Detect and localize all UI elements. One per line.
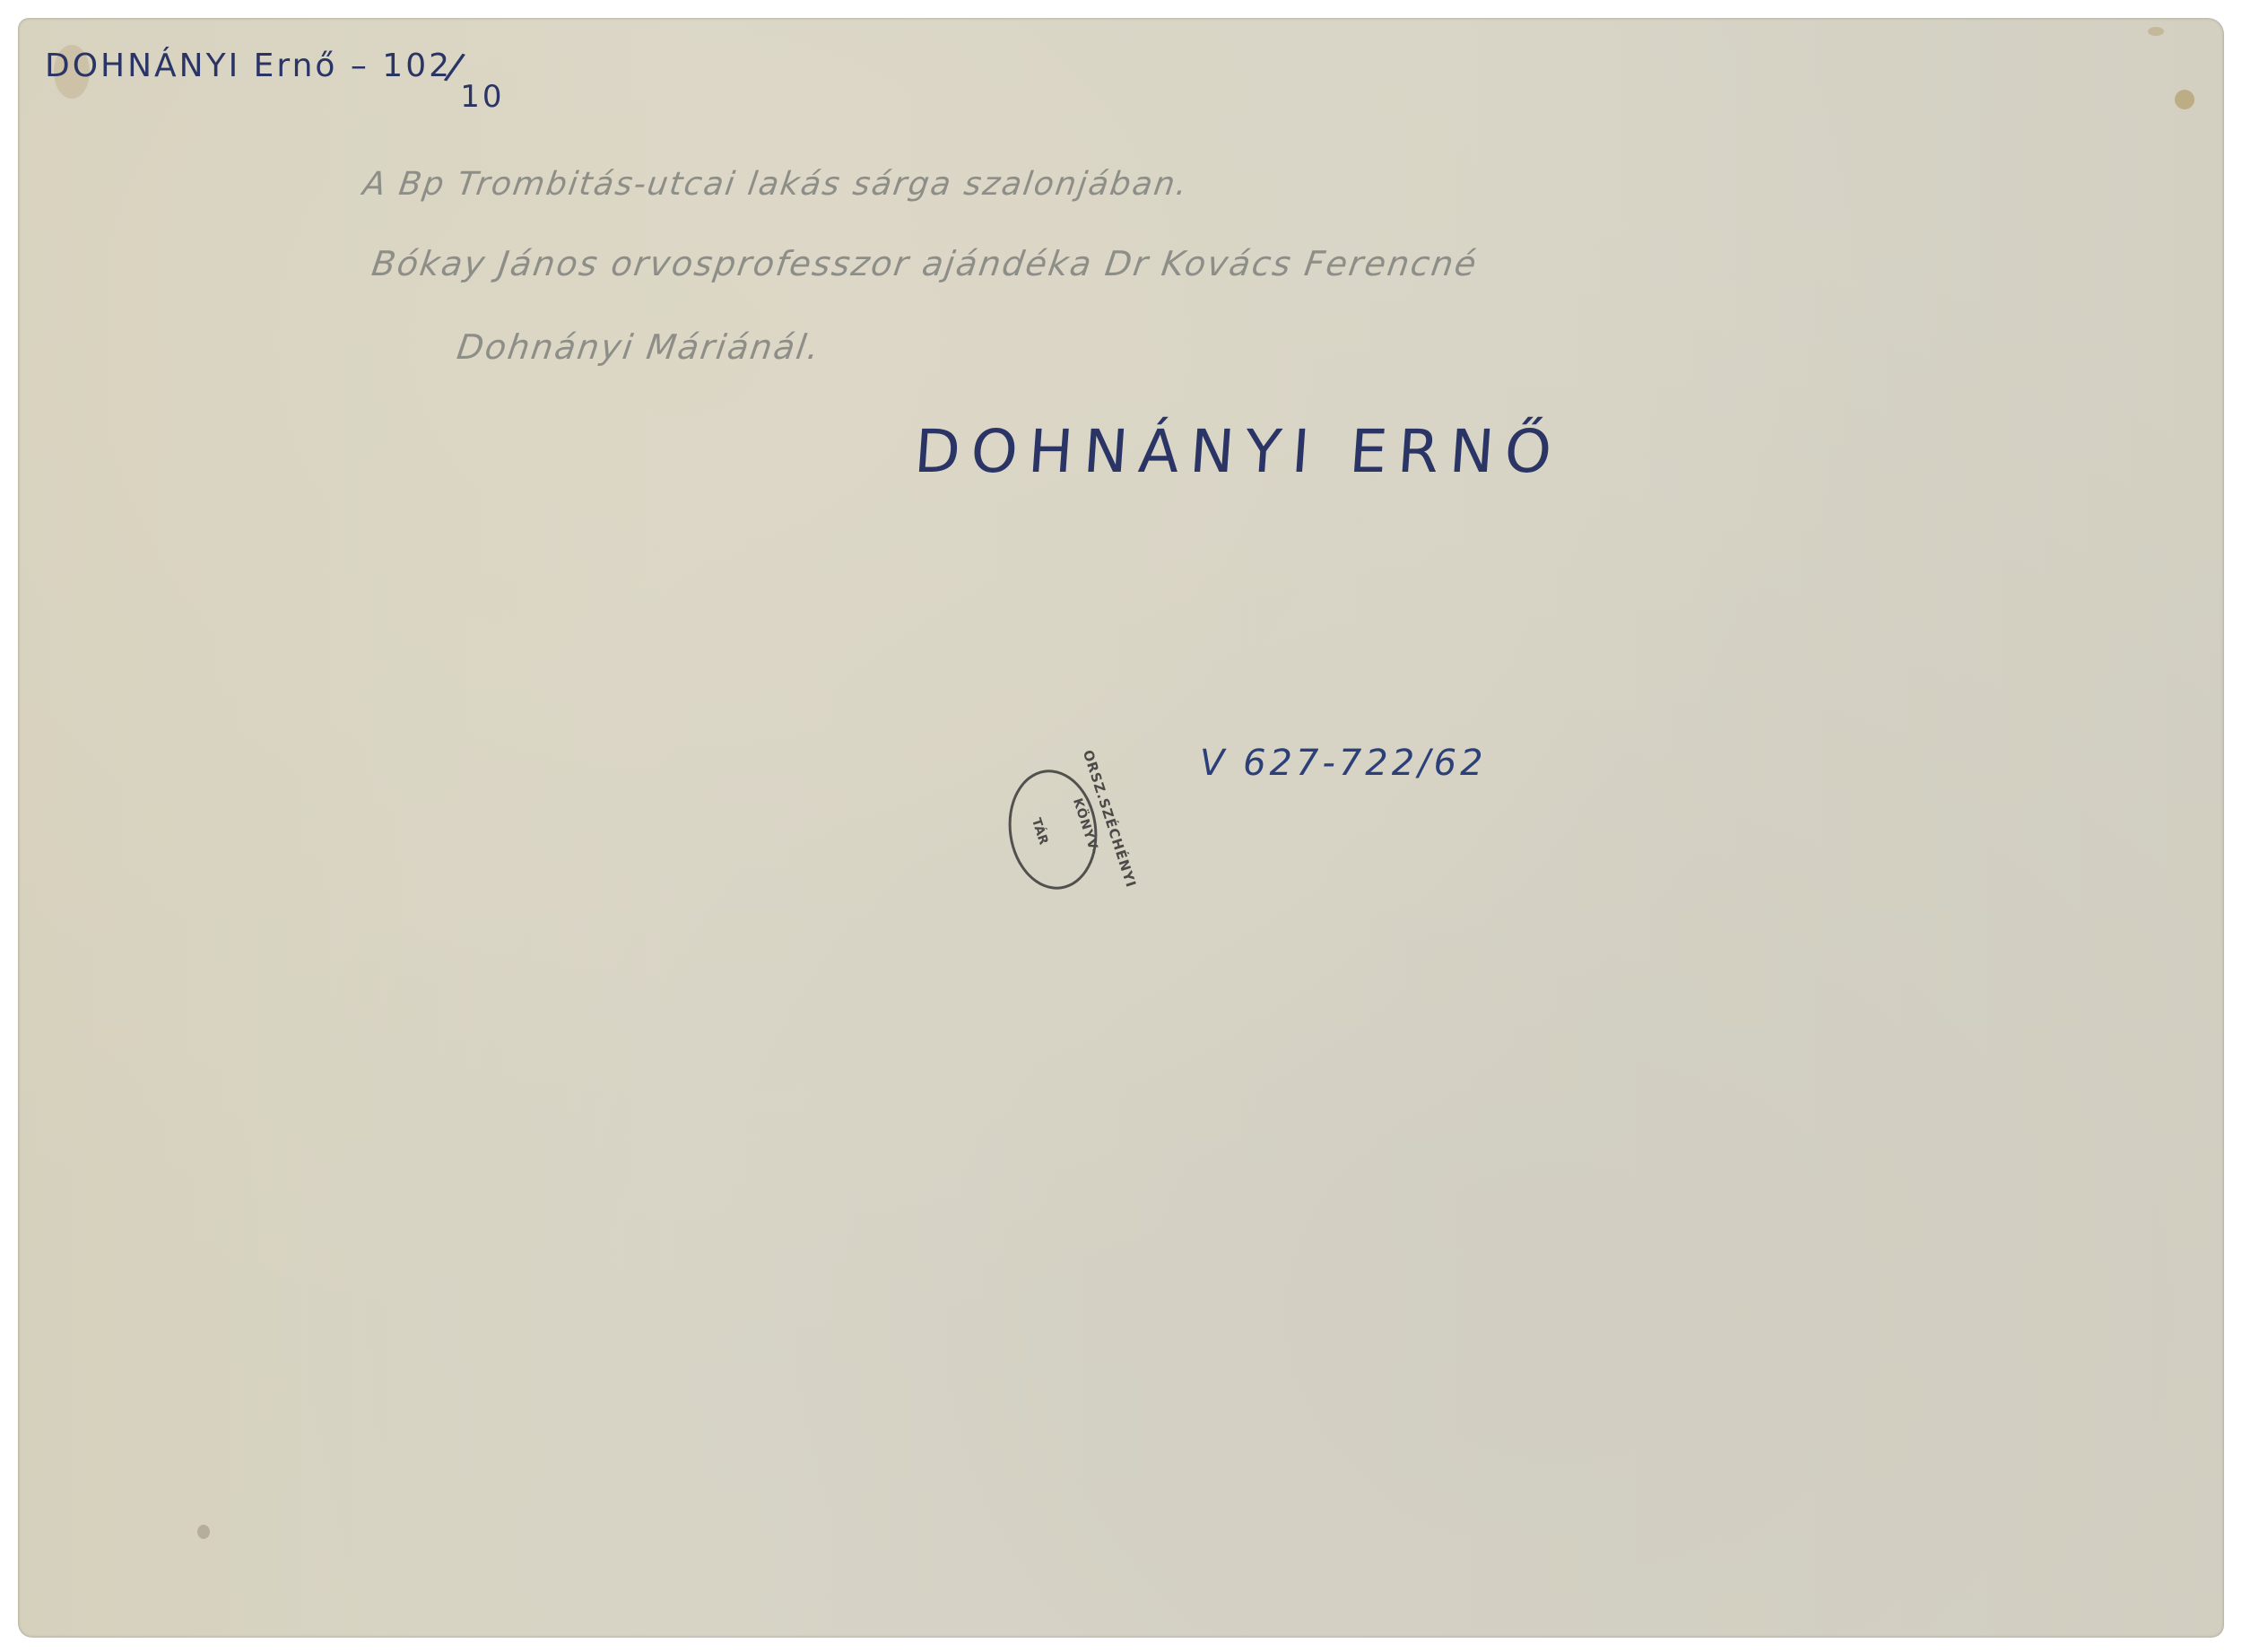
corner-label-denominator: 10 (460, 79, 504, 115)
corner-label-text: DOHNÁNYI Ernő – 102 (45, 48, 452, 84)
photo-back-sheet: DOHNÁNYI Ernő – 102/10 A Bp Trombitás-ut… (18, 18, 2224, 1638)
foxing-spot (2148, 27, 2164, 36)
foxing-spot (197, 1525, 210, 1539)
pencil-note-line-1: A Bp Trombitás-utcai lakás sárga szalonj… (361, 166, 1191, 203)
composer-name-heading: DOHNÁNYI ERNŐ (912, 417, 1564, 486)
pencil-note-line-3: Dohnányi Máriánál. (455, 327, 823, 367)
foxing-spot (2175, 90, 2194, 109)
library-stamp-icon: ORSZ.SZÉCHÉNYI KÖNYV- TÁR (1001, 764, 1105, 895)
inventory-number: V 627-722/62 (1200, 743, 1487, 784)
stamp-text-line-3: TÁR (1029, 816, 1051, 847)
pencil-note-line-2: Bókay János orvosprofesszor ajándéka Dr … (369, 244, 1481, 283)
corner-catalog-label: DOHNÁNYI Ernő – 102/10 (45, 45, 504, 89)
